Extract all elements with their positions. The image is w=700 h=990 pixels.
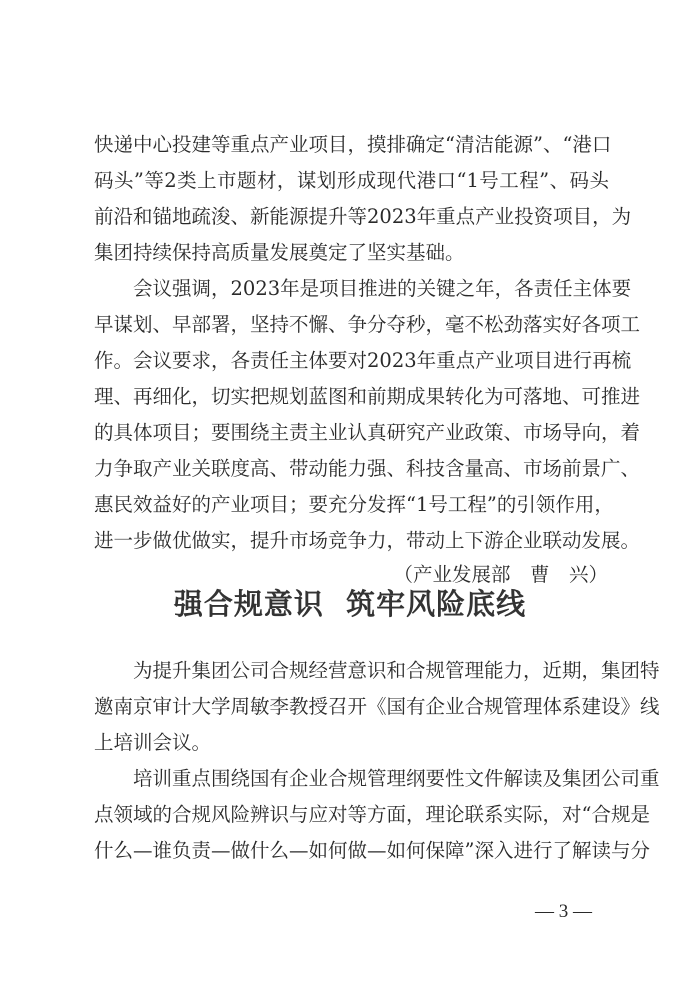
text-line: 力争取产业关联度高、带动能力强、科技含量高、市场前景广、: [94, 457, 609, 481]
text-line: 惠民效益好的产业项目；要充分发挥“1号工程”的引领作用，: [94, 493, 609, 517]
text-line: 进一步做优做实，提升市场竞争力，带动上下游企业联动发展。: [94, 529, 609, 553]
text-line: 为提升集团公司合规经营意识和合规管理能力，近期，集团特: [133, 659, 609, 683]
text-line: 上培训会议。: [94, 731, 609, 755]
text-line: 早谋划、早部署，坚持不懈、争分夺秒，毫不松劲落实好各项工: [94, 313, 609, 337]
text-line: 理、再细化，切实把规划蓝图和前期成果转化为可落地、可推进: [94, 385, 609, 409]
text-line: 邀南京审计大学周敏李教授召开《国有企业合规管理体系建设》线: [94, 695, 609, 719]
author-signature: （产业发展部 曹 兴）: [393, 563, 608, 587]
text-line: 作。会议要求，各责任主体要对2023年重点产业项目进行再梳: [94, 349, 609, 373]
text-line: 培训重点围绕国有企业合规管理纲要性文件解读及集团公司重: [133, 767, 609, 791]
page-number: — 3 —: [535, 900, 592, 924]
article-title: 强合规意识 筑牢风险底线: [0, 586, 700, 622]
text-line: 什么—谁负责—做什么—如何做—如何保障”深入进行了解读与分: [94, 839, 609, 863]
text-line: 的具体项目；要围绕主责主业认真研究产业政策、市场导向，着: [94, 421, 609, 445]
text-line: 点领域的合规风险辨识与应对等方面，理论联系实际，对“合规是: [94, 803, 609, 827]
text-line: 会议强调，2023年是项目推进的关键之年，各责任主体要: [133, 277, 609, 301]
text-line: 码头”等2类上市题材，谋划形成现代港口“1号工程”、码头: [94, 169, 609, 193]
text-line: 前沿和锚地疏浚、新能源提升等2023年重点产业投资项目，为: [94, 205, 609, 229]
text-line: 快递中心投建等重点产业项目，摸排确定“清洁能源”、“港口: [94, 133, 609, 157]
text-line: 集团持续保持高质量发展奠定了坚实基础。: [94, 241, 609, 265]
